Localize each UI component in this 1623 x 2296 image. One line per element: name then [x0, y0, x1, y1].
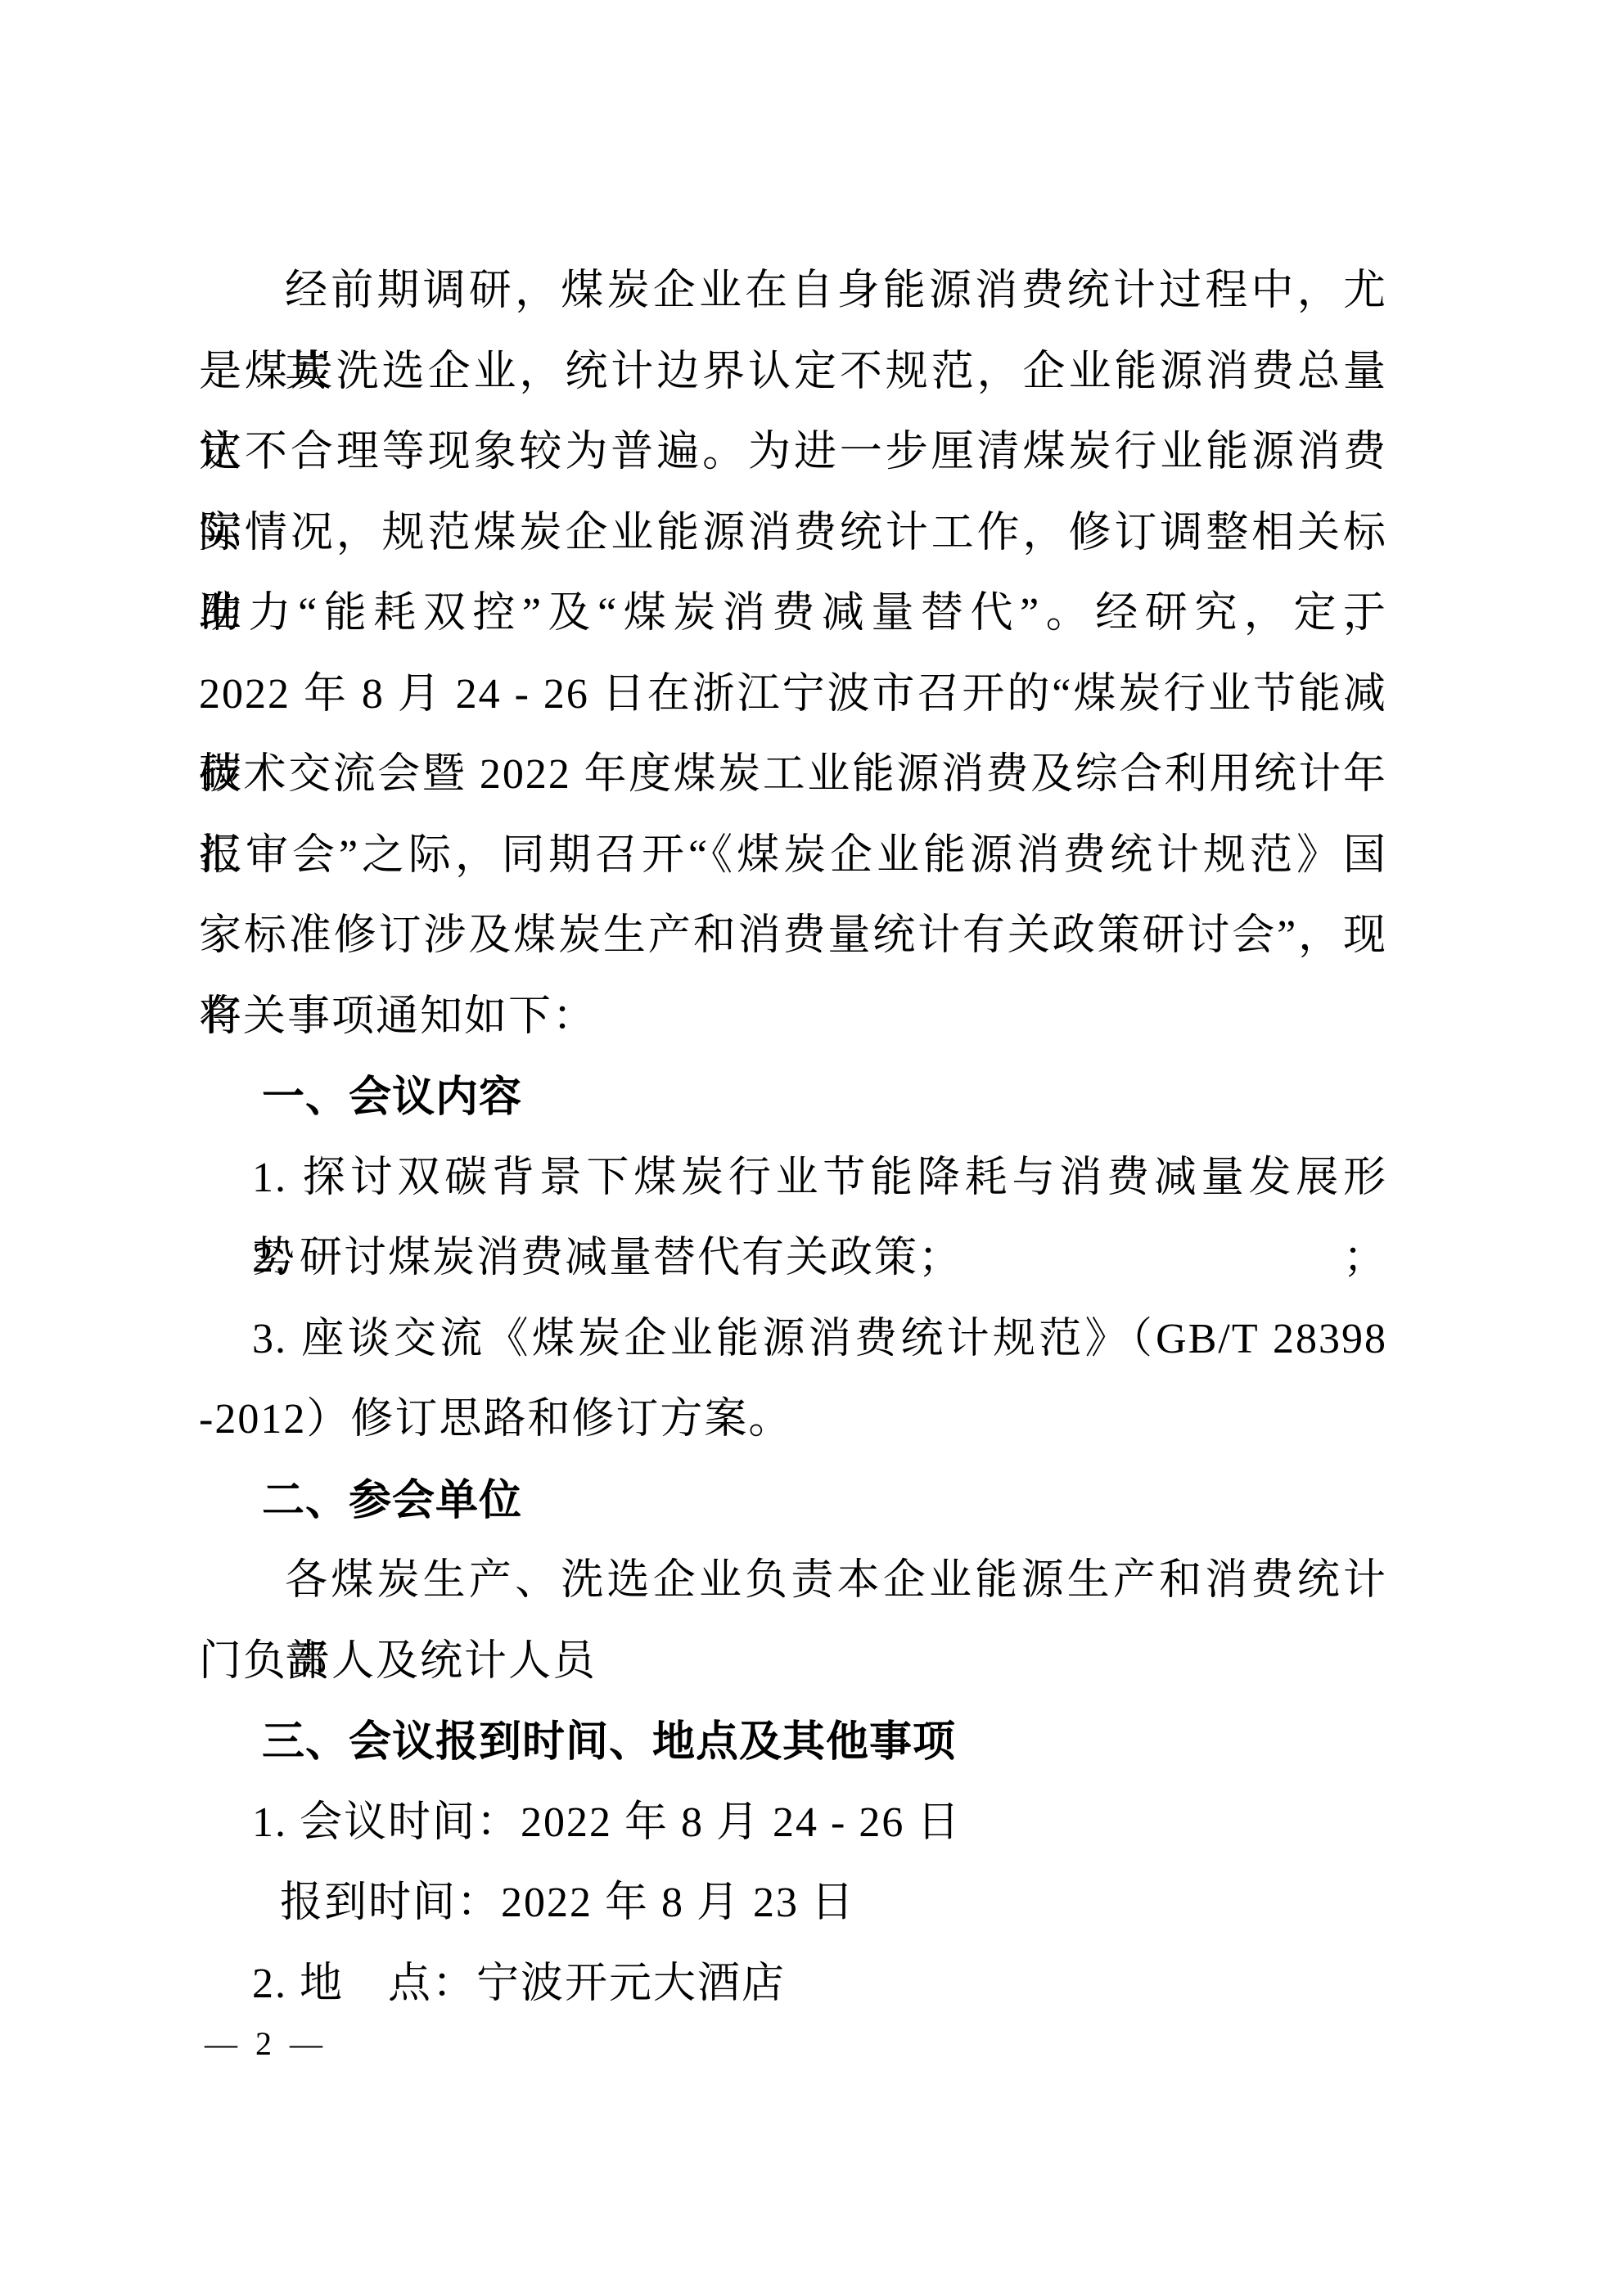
page-number: — 2 — — [205, 2019, 327, 2069]
document-line: 家标准修订涉及煤炭生产和消费量统计有关政策研讨会”，现将 — [199, 896, 1387, 977]
document-line: 经前期调研，煤炭企业在自身能源消费统计过程中，尤其 — [199, 251, 1387, 332]
section-heading: 一、会议内容 — [199, 1057, 1387, 1138]
document-line: 3. 座谈交流《煤炭企业能源消费统计规范》（GB/T 28398 — [199, 1299, 1387, 1380]
document-line: 助力“能耗双控”及“煤炭消费减量替代”。经研究，定于 — [199, 574, 1387, 655]
document-line: 技术交流会暨 2022 年度煤炭工业能源消费及综合利用统计年报 — [199, 735, 1387, 816]
document-body: 经前期调研，煤炭企业在自身能源消费统计过程中，尤其是煤炭洗选企业，统计边界认定不… — [199, 251, 1387, 2024]
document-line: 门负责人及统计人员 — [199, 1622, 1387, 1703]
document-line: 报到时间：2022 年 8 月 23 日 — [199, 1863, 1387, 1944]
document-line: 定不合理等现象较为普遍。为进一步厘清煤炭行业能源消费实 — [199, 412, 1387, 493]
section-heading: 二、参会单位 — [199, 1461, 1387, 1542]
document-line: 1. 探讨双碳背景下煤炭行业节能降耗与消费减量发展形势； — [199, 1138, 1387, 1219]
document-line: 2022 年 8 月 24 - 26 日在浙江宁波市召开的“煤炭行业节能减碳 — [199, 655, 1387, 736]
document-line: 1. 会议时间：2022 年 8 月 24 - 26 日 — [199, 1783, 1387, 1864]
document-page: 经前期调研，煤炭企业在自身能源消费统计过程中，尤其是煤炭洗选企业，统计边界认定不… — [0, 0, 1623, 2296]
document-line: -2012）修订思路和修订方案。 — [199, 1380, 1387, 1461]
document-line: 各煤炭生产、洗选企业负责本企业能源生产和消费统计部 — [199, 1541, 1387, 1622]
document-line: 2. 地 点：宁波开元大酒店 — [199, 1944, 1387, 2025]
document-line: 际情况，规范煤炭企业能源消费统计工作，修订调整相关标准， — [199, 493, 1387, 574]
document-line: 汇审会”之际，同期召开“《煤炭企业能源消费统计规范》国 — [199, 816, 1387, 897]
document-line: 有关事项通知如下： — [199, 977, 1387, 1058]
section-heading: 三、会议报到时间、地点及其他事项 — [199, 1702, 1387, 1783]
document-line: 是煤炭洗选企业，统计边界认定不规范，企业能源消费总量认 — [199, 332, 1387, 413]
